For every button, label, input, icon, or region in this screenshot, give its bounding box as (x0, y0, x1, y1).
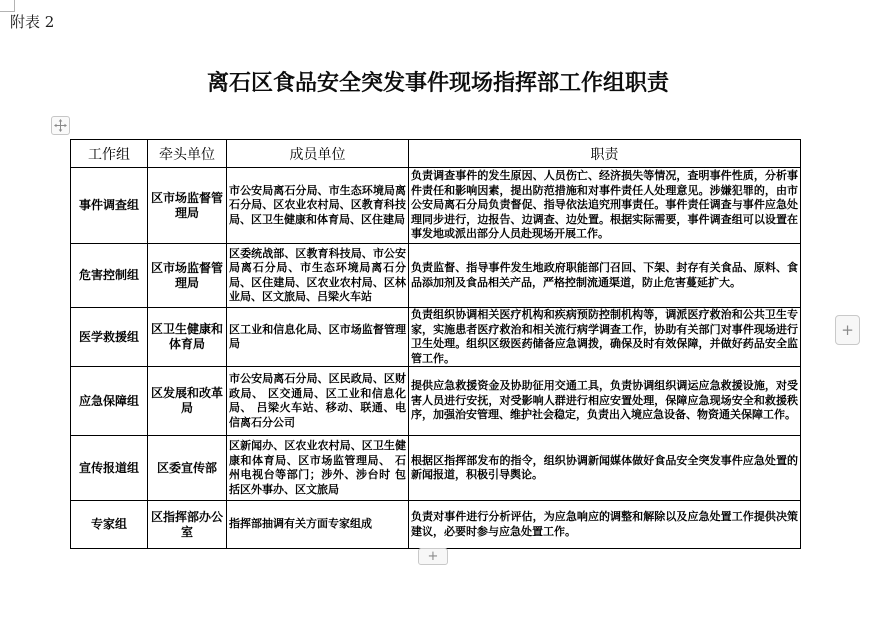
group-cell[interactable]: 应急保障组 (71, 367, 148, 436)
plus-icon: + (841, 321, 854, 339)
lead-unit-cell[interactable]: 区发展和改革局 (148, 367, 227, 436)
member-units-cell[interactable]: 市公安局离石分局、区民政局、区财政局、 区交通局、区工业和信息化局、 吕梁火车站… (227, 367, 409, 436)
lead-unit-cell[interactable]: 区卫生健康和体育局 (148, 308, 227, 367)
page-title: 离石区食品安全突发事件现场指挥部工作组职责 (0, 66, 876, 97)
member-units-cell[interactable]: 指挥部抽调有关方面专家组成 (227, 501, 409, 549)
duty-cell[interactable]: 负责监督、指导事件发生地政府职能部门召回、下架、封存有关食品、原料、食品添加剂及… (409, 244, 801, 308)
annex-label: 附表 2 (10, 11, 54, 32)
member-units-cell[interactable]: 市公安局离石分局、市生态环境局离石分局、区农业农村局、区教育科技局、区卫生健康和… (227, 168, 409, 244)
table-row: 事件调查组 区市场监督管理局 市公安局离石分局、市生态环境局离石分局、区农业农村… (71, 168, 801, 244)
lead-unit-cell[interactable]: 区指挥部办公室 (148, 501, 227, 549)
table-row: 危害控制组 区市场监督管理局 区委统战部、区教育科技局、市公安局离石分局、市生态… (71, 244, 801, 308)
duty-cell[interactable]: 根据区指挥部发布的指令，组织协调新闻媒体做好食品安全突发事件应急处置的新闻报道，… (409, 436, 801, 501)
duty-cell[interactable]: 负责对事件进行分析评估，为应急响应的调整和解除以及应急处置工作提供决策建议，必要… (409, 501, 801, 549)
member-units-cell[interactable]: 区委统战部、区教育科技局、市公安局离石分局、市生态环境局离石分局、区住建局、区农… (227, 244, 409, 308)
duty-cell[interactable]: 负责组织协调相关医疗机构和疾病预防控制机构等，调派医疗救治和公共卫生专家，实施患… (409, 308, 801, 367)
insert-row-plus-button[interactable]: + (418, 548, 448, 565)
header-cell-members[interactable]: 成员单位 (227, 140, 409, 168)
group-cell[interactable]: 医学救援组 (71, 308, 148, 367)
plus-icon: + (428, 549, 439, 564)
duty-cell[interactable]: 提供应急救援资金及协助征用交通工具，负责协调组织调运应急救援设施，对受害人员进行… (409, 367, 801, 436)
lead-unit-cell[interactable]: 区委宣传部 (148, 436, 227, 501)
table-row: 宣传报道组 区委宣传部 区新闻办、区农业农村局、区卫生健康和体育局、区市场监管理… (71, 436, 801, 501)
group-cell[interactable]: 危害控制组 (71, 244, 148, 308)
member-units-cell[interactable]: 区新闻办、区农业农村局、区卫生健康和体育局、区市场监管理局、 石州电视台等部门；… (227, 436, 409, 501)
table-row: 专家组 区指挥部办公室 指挥部抽调有关方面专家组成 负责对事件进行分析评估，为应… (71, 501, 801, 549)
work-groups-table: 工作组 牵头单位 成员单位 职责 事件调查组 区市场监督管理局 市公安局离石分局… (70, 139, 801, 549)
table-move-handle[interactable] (51, 116, 70, 135)
header-row: 工作组 牵头单位 成员单位 职责 (71, 140, 801, 168)
header-cell-group[interactable]: 工作组 (71, 140, 148, 168)
group-cell[interactable]: 事件调查组 (71, 168, 148, 244)
header-cell-lead[interactable]: 牵头单位 (148, 140, 227, 168)
group-cell[interactable]: 宣传报道组 (71, 436, 148, 501)
lead-unit-cell[interactable]: 区市场监督管理局 (148, 244, 227, 308)
duty-cell[interactable]: 负责调查事件的发生原因、人员伤亡、经济损失等情况，查明事件性质，分析事件责任和影… (409, 168, 801, 244)
move-icon (54, 119, 67, 132)
table-row: 医学救援组 区卫生健康和体育局 区工业和信息化局、区市场监督管理局 负责组织协调… (71, 308, 801, 367)
group-cell[interactable]: 专家组 (71, 501, 148, 549)
insert-column-plus-button[interactable]: + (835, 315, 860, 345)
member-units-cell[interactable]: 区工业和信息化局、区市场监督管理局 (227, 308, 409, 367)
table-row: 应急保障组 区发展和改革局 市公安局离石分局、区民政局、区财政局、 区交通局、区… (71, 367, 801, 436)
lead-unit-cell[interactable]: 区市场监督管理局 (148, 168, 227, 244)
table-body: 事件调查组 区市场监督管理局 市公安局离石分局、市生态环境局离石分局、区农业农村… (71, 168, 801, 549)
header-cell-duty[interactable]: 职责 (409, 140, 801, 168)
